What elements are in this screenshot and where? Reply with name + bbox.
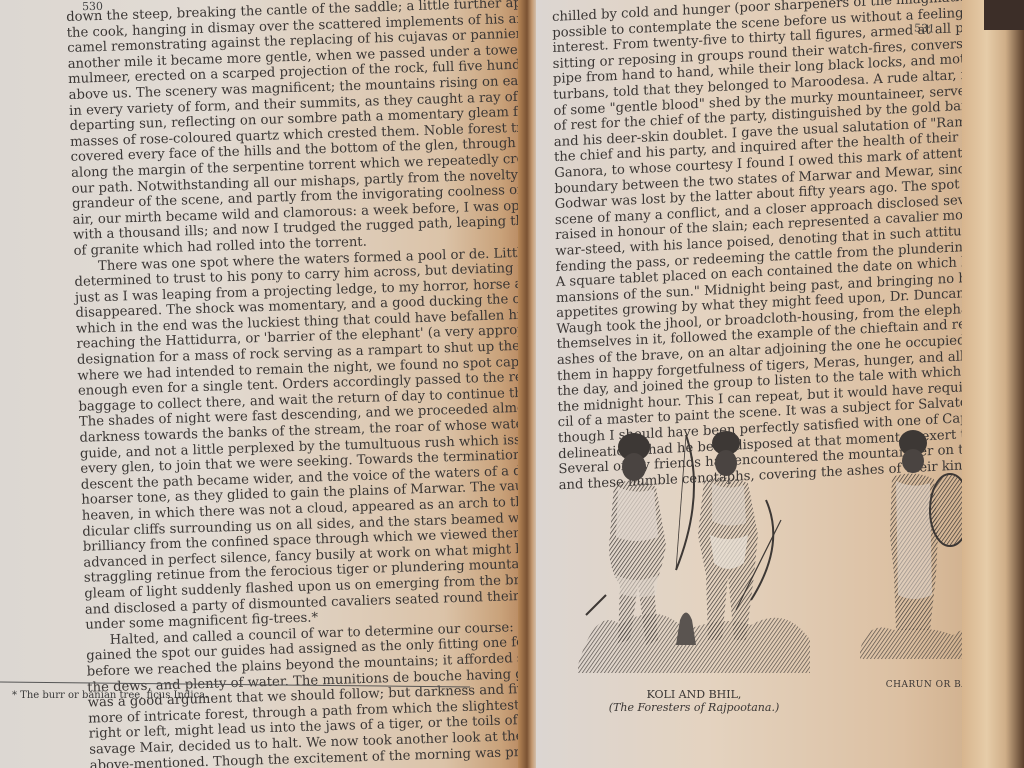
koli-and-bhil-engraving bbox=[576, 425, 812, 675]
background-corner bbox=[984, 0, 1024, 30]
book-gutter bbox=[518, 0, 538, 768]
left-page-body-text: down the steep, breaking the cantle of t… bbox=[66, 0, 498, 768]
caption-koli-and-bhil: KOLI AND BHIL, (The Foresters of Rajpoot… bbox=[576, 688, 812, 714]
right-page-body-text: chilled by cold and hunger (poor sharpen… bbox=[552, 0, 958, 494]
page-edges bbox=[962, 0, 1024, 768]
open-book-spread: 530 down the steep, breaking the cantle … bbox=[0, 0, 1024, 768]
right-page: 531 chilled by cold and hunger (poor sha… bbox=[536, 0, 1024, 768]
footnote: * The burr or banian tree, ficus Indica. bbox=[12, 690, 208, 701]
left-page: 530 down the steep, breaking the cantle … bbox=[0, 0, 522, 768]
caption-koli-title: KOLI AND BHIL, bbox=[576, 688, 812, 701]
caption-koli-subtitle: (The Foresters of Rajpootana.) bbox=[576, 701, 812, 714]
